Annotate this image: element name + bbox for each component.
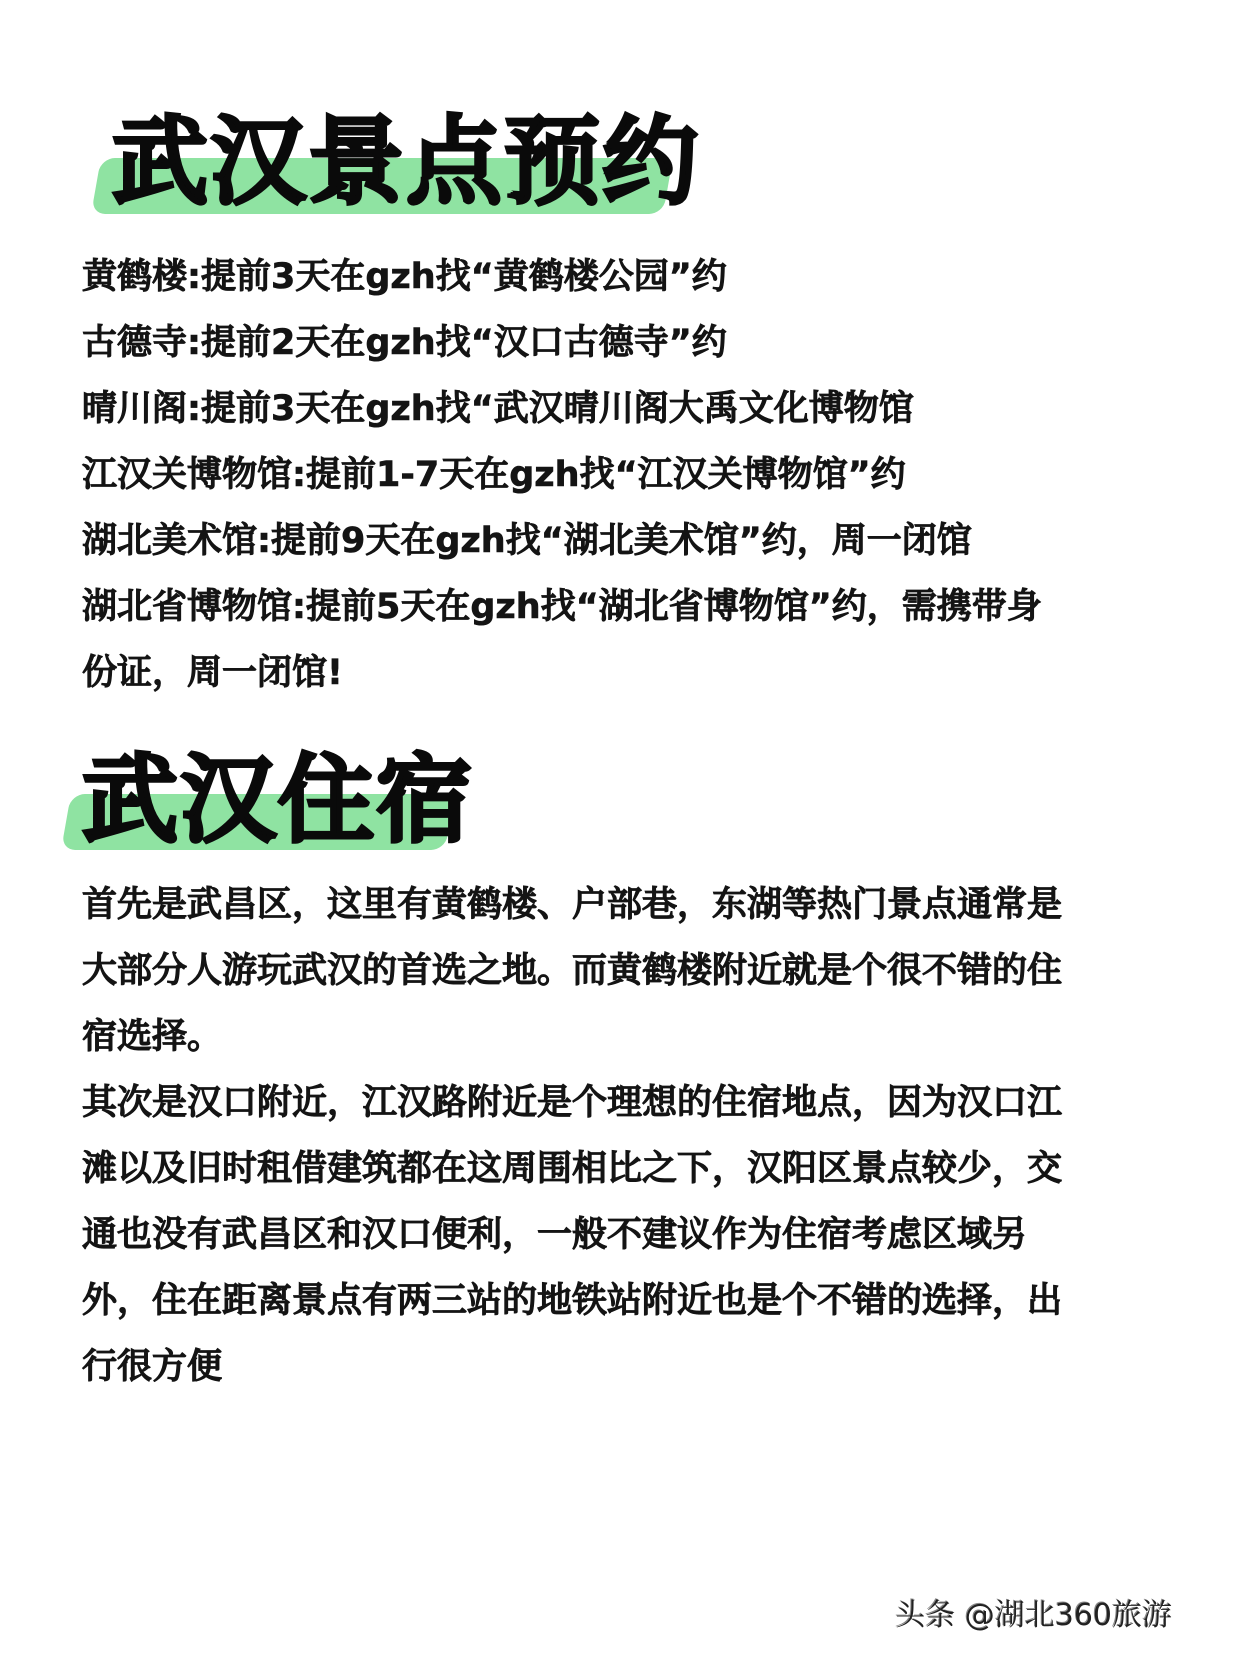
reservation-heading: 武汉景点预约 bbox=[0, 100, 720, 220]
paragraph-line: 滩以及旧时租借建筑都在这周围相比之下，汉阳区景点较少，交 bbox=[82, 1136, 1192, 1202]
reservation-item-hubei-provincial-museum-cont: 份证，周一闭馆! bbox=[82, 640, 1192, 706]
reservation-item-qingchuan-pavilion: 晴川阁:提前3天在gzh找“武汉晴川阁大禹文化博物馆 bbox=[82, 376, 1192, 442]
accommodation-body: 首先是武昌区，这里有黄鹤楼、户部巷，东湖等热门景点通常是 大部分人游玩武汉的首选… bbox=[82, 872, 1192, 1400]
reservation-item-yellow-crane-tower: 黄鹤楼:提前3天在gzh找“黄鹤楼公园”约 bbox=[82, 244, 1192, 310]
accommodation-heading-text: 武汉住宿 bbox=[82, 752, 474, 848]
accommodation-paragraph-hankou: 其次是汉口附近，江汉路附近是个理想的住宿地点，因为汉口江 滩以及旧时租借建筑都在… bbox=[82, 1070, 1192, 1400]
paragraph-line: 大部分人游玩武汉的首选之地。而黄鹤楼附近就是个很不错的住 bbox=[82, 938, 1192, 1004]
accommodation-paragraph-wuchang: 首先是武昌区，这里有黄鹤楼、户部巷，东湖等热门景点通常是 大部分人游玩武汉的首选… bbox=[82, 872, 1192, 1070]
reservation-item-hubei-art-museum: 湖北美术馆:提前9天在gzh找“湖北美术馆”约，周一闭馆 bbox=[82, 508, 1192, 574]
paragraph-line: 通也没有武昌区和汉口便利，一般不建议作为住宿考虑区域另 bbox=[82, 1202, 1192, 1268]
reservation-item-hubei-provincial-museum: 湖北省博物馆:提前5天在gzh找“湖北省博物馆”约，需携带身 bbox=[82, 574, 1192, 640]
paragraph-line: 外，住在距离景点有两三站的地铁站附近也是个不错的选择，出 bbox=[82, 1268, 1192, 1334]
reservation-list: 黄鹤楼:提前3天在gzh找“黄鹤楼公园”约 古德寺:提前2天在gzh找“汉口古德… bbox=[82, 244, 1192, 706]
reservation-item-jianghan-customs-museum: 江汉关博物馆:提前1-7天在gzh找“江汉关博物馆”约 bbox=[82, 442, 1192, 508]
reservation-heading-text: 武汉景点预约 bbox=[112, 114, 700, 210]
reservation-item-gude-temple: 古德寺:提前2天在gzh找“汉口古德寺”约 bbox=[82, 310, 1192, 376]
source-watermark: 头条 @湖北360旅游 bbox=[895, 1590, 1172, 1634]
paragraph-line: 行很方便 bbox=[82, 1334, 1192, 1400]
accommodation-heading: 武汉住宿 bbox=[0, 740, 480, 860]
paragraph-line: 首先是武昌区，这里有黄鹤楼、户部巷，东湖等热门景点通常是 bbox=[82, 872, 1192, 938]
paragraph-line: 宿选择。 bbox=[82, 1004, 1192, 1070]
paragraph-line: 其次是汉口附近，江汉路附近是个理想的住宿地点，因为汉口江 bbox=[82, 1070, 1192, 1136]
